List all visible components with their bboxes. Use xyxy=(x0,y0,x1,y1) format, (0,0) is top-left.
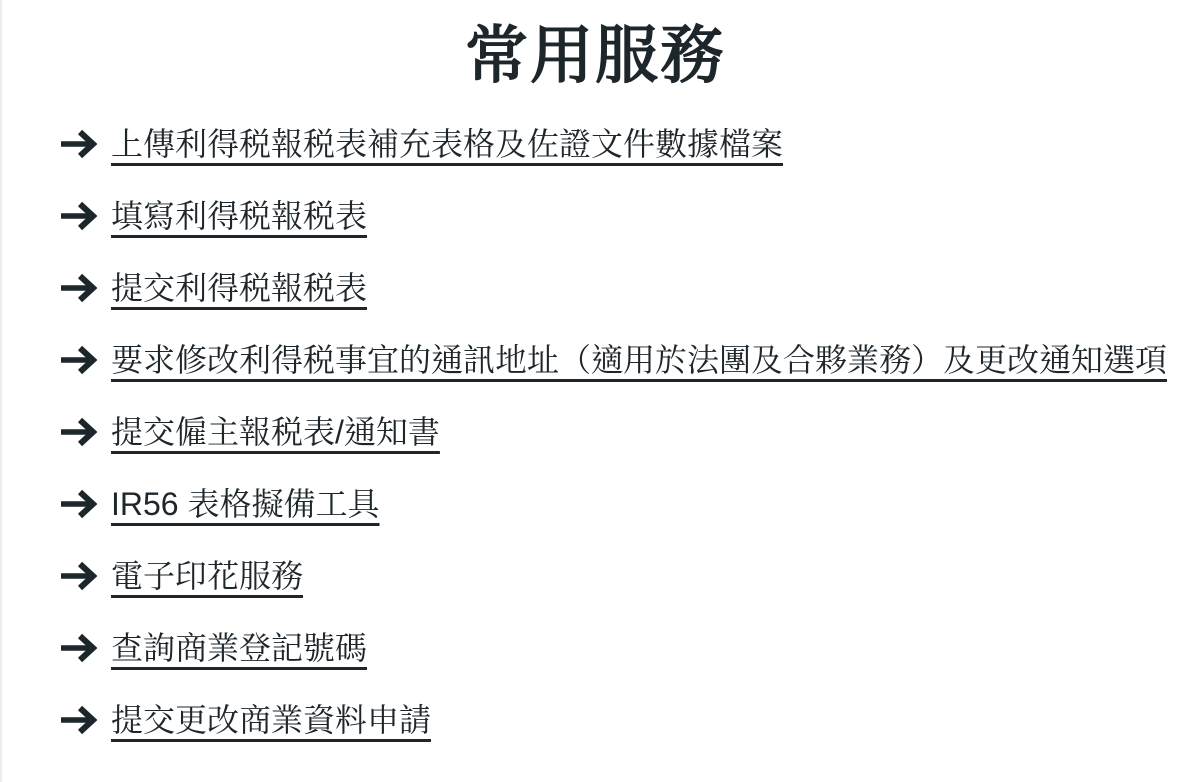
arrow-right-icon xyxy=(59,632,99,664)
service-link[interactable]: 上傳利得税報税表補充表格及佐證文件數據檔案 xyxy=(111,125,783,163)
list-item: 提交利得税報税表 xyxy=(59,268,1188,308)
list-item: 提交更改商業資料申請 xyxy=(59,700,1188,740)
arrow-right-icon xyxy=(59,272,99,304)
arrow-right-icon xyxy=(59,128,99,160)
service-link[interactable]: 要求修改利得税事宜的通訊地址（適用於法團及合夥業務）及更改通知選項 xyxy=(111,341,1167,379)
list-item: 填寫利得税報税表 xyxy=(59,196,1188,236)
arrow-right-icon xyxy=(59,488,99,520)
arrow-right-icon xyxy=(59,560,99,592)
service-link[interactable]: 提交僱主報税表/通知書 xyxy=(111,413,440,451)
list-item: 上傳利得税報税表補充表格及佐證文件數據檔案 xyxy=(59,124,1188,164)
arrow-right-icon xyxy=(59,200,99,232)
service-link[interactable]: 提交利得税報税表 xyxy=(111,269,367,307)
arrow-right-icon xyxy=(59,416,99,448)
arrow-right-icon xyxy=(59,704,99,736)
page-title: 常用服務 xyxy=(2,0,1188,98)
list-item: 要求修改利得税事宜的通訊地址（適用於法團及合夥業務）及更改通知選項 xyxy=(59,340,1188,380)
list-item: 電子印花服務 xyxy=(59,556,1188,596)
arrow-right-icon xyxy=(59,344,99,376)
service-link[interactable]: 提交更改商業資料申請 xyxy=(111,701,431,739)
frequently-used-services-panel: 常用服務 上傳利得税報税表補充表格及佐證文件數據檔案 填寫利得税報税表 提交利得… xyxy=(0,0,1188,782)
services-list: 上傳利得税報税表補充表格及佐證文件數據檔案 填寫利得税報税表 提交利得税報税表 … xyxy=(2,124,1188,740)
service-link[interactable]: 填寫利得税報税表 xyxy=(111,197,367,235)
list-item: 提交僱主報税表/通知書 xyxy=(59,412,1188,452)
service-link[interactable]: 電子印花服務 xyxy=(111,557,303,595)
list-item: 查詢商業登記號碼 xyxy=(59,628,1188,668)
service-link[interactable]: 查詢商業登記號碼 xyxy=(111,629,367,667)
service-link[interactable]: IR56 表格擬備工具 xyxy=(111,485,380,523)
list-item: IR56 表格擬備工具 xyxy=(59,484,1188,524)
